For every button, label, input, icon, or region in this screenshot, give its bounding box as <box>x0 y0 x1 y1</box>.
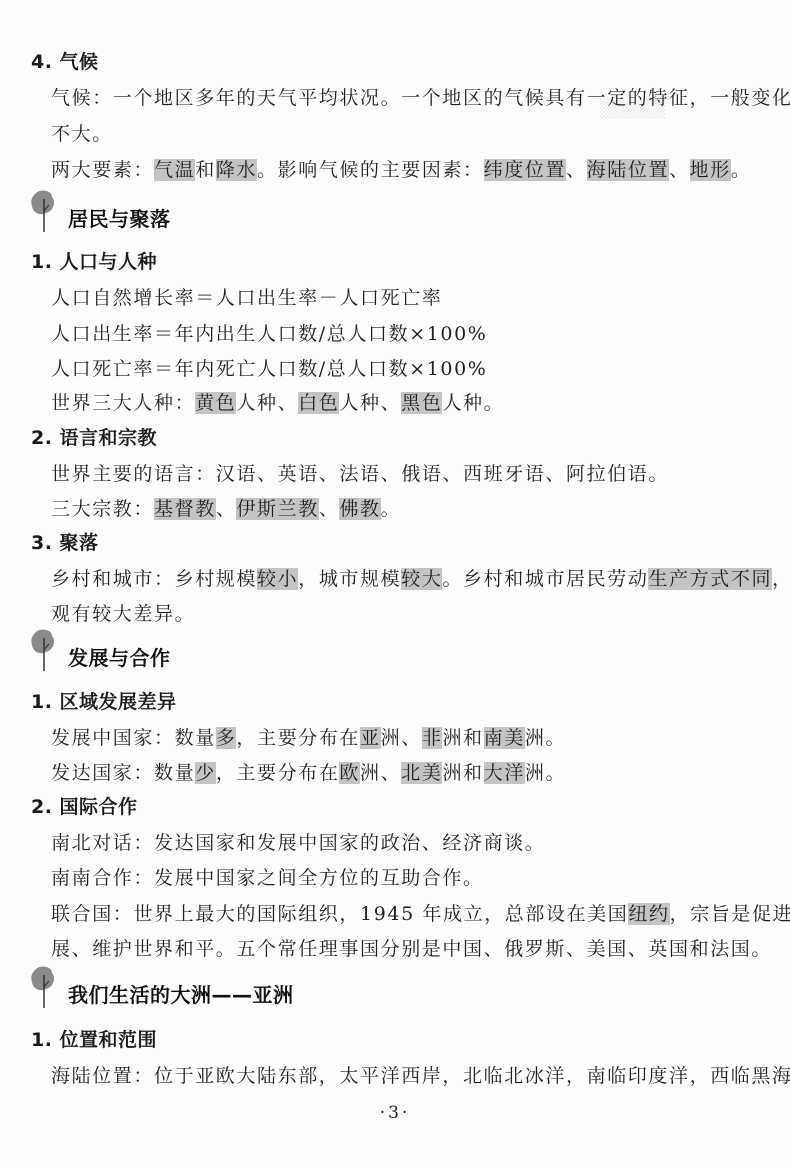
text-segment: 世界主要的语言：汉语、英语、法语、俄语、西班牙语、阿拉伯语。 <box>51 463 669 485</box>
subsection-heading: 1. 位置和范围 <box>31 1025 157 1052</box>
text-segment: 。 <box>381 498 402 520</box>
text-segment: 、 <box>669 159 690 181</box>
paragraph-line: 人口自然增长率＝人口出生率－人口死亡率 <box>51 283 442 310</box>
highlighted-keyword: 伊斯兰教 <box>236 498 318 520</box>
highlighted-keyword: 地形 <box>690 159 731 181</box>
text-segment: ，景 <box>772 568 790 590</box>
paragraph-line: 三大宗教：基督教、伊斯兰教、佛教。 <box>51 494 401 521</box>
text-segment: ，宗旨是促进国家发 <box>670 903 790 925</box>
tree-icon <box>30 628 60 672</box>
text-segment: 海陆位置：位于亚欧大陆东部，太平洋西岸，北临北冰洋，南临印度洋，西临黑海和地 <box>51 1065 790 1087</box>
subsection-heading: 3. 聚落 <box>31 528 99 555</box>
highlighted-keyword: 亚 <box>360 727 381 749</box>
chapter-title: 我们生活的大洲——亚洲 <box>68 979 294 1008</box>
highlighted-keyword: 佛教 <box>339 498 380 520</box>
text-segment: 和 <box>195 159 216 181</box>
text-segment: 人种。 <box>442 392 504 414</box>
text-segment: 洲、 <box>360 762 401 784</box>
subsection-heading-climate: 4. 气候 <box>31 47 99 74</box>
text-segment: 人种、 <box>236 392 298 414</box>
chapter-title: 居民与聚落 <box>68 203 171 232</box>
text-segment: 洲和 <box>442 727 483 749</box>
highlighted-keyword: 北美 <box>401 762 442 784</box>
chapter-header-asia: 我们生活的大洲——亚洲 <box>30 965 294 1009</box>
highlighted-keyword: 纬度位置 <box>484 159 566 181</box>
tree-icon <box>30 189 60 233</box>
paragraph-line: 人口死亡率＝年内死亡人口数/总人口数×100% <box>51 354 487 381</box>
subsection-heading: 1. 人口与人种 <box>31 247 157 274</box>
text-segment: 。影响气候的主要因素： <box>257 159 484 181</box>
paragraph-line: 两大要素：气温和降水。影响气候的主要因素：纬度位置、海陆位置、地形。 <box>51 155 751 182</box>
paragraph-line: 南北对话：发达国家和发展中国家的政治、经济商谈。 <box>51 828 545 855</box>
text-segment: 发达国家：数量 <box>51 762 195 784</box>
paragraph-line: 乡村和城市：乡村规模较小，城市规模较大。乡村和城市居民劳动生产方式不同，景 <box>51 564 790 591</box>
chapter-title: 发展与合作 <box>68 642 171 671</box>
subsection-heading: 2. 国际合作 <box>31 792 138 819</box>
text-segment: 发展中国家：数量 <box>51 727 216 749</box>
text-segment: 。乡村和城市居民劳动 <box>442 568 648 590</box>
highlighted-keyword: 南美 <box>484 727 525 749</box>
highlighted-keyword: 海陆位置 <box>587 159 669 181</box>
text-segment: 南南合作：发展中国家之间全方位的互助合作。 <box>51 867 484 889</box>
text-segment: 洲。 <box>525 727 566 749</box>
subsection-heading: 1. 区域发展差异 <box>31 687 177 714</box>
text-segment: 人种、 <box>339 392 401 414</box>
highlighted-keyword: 黄色 <box>195 392 236 414</box>
paragraph-line: 展、维护世界和平。五个常任理事国分别是中国、俄罗斯、美国、英国和法国。 <box>51 934 772 961</box>
text-segment: 世界三大人种： <box>51 392 195 414</box>
paragraph-line: 世界三大人种：黄色人种、白色人种、黑色人种。 <box>51 388 504 415</box>
highlighted-keyword: 非 <box>422 727 443 749</box>
text-segment: 、 <box>319 498 340 520</box>
paragraph-line: 观有较大差异。 <box>51 599 195 626</box>
paragraph-line: 南南合作：发展中国家之间全方位的互助合作。 <box>51 863 484 890</box>
highlighted-keyword: 基督教 <box>154 498 216 520</box>
text-segment: 展、维护世界和平。五个常任理事国分别是中国、俄罗斯、美国、英国和法国。 <box>51 938 772 960</box>
text-segment: 洲、 <box>381 727 422 749</box>
highlighted-keyword: 白色 <box>298 392 339 414</box>
paragraph-line: 发达国家：数量少，主要分布在欧洲、北美洲和大洋洲。 <box>51 758 566 785</box>
paragraph-line: 发展中国家：数量多，主要分布在亚洲、非洲和南美洲。 <box>51 723 566 750</box>
highlighted-keyword: 较小 <box>257 568 298 590</box>
highlighted-keyword: 多 <box>216 727 237 749</box>
chapter-header-population: 居民与聚落 <box>30 189 171 233</box>
text-segment: 、 <box>566 159 587 181</box>
paragraph-line: 气候：一个地区多年的天气平均状况。一个地区的气候具有一定的特征，一般变化 <box>51 83 790 110</box>
chapter-header-development: 发展与合作 <box>30 628 171 672</box>
text-segment: ，城市规模 <box>298 568 401 590</box>
highlighted-keyword: 气温 <box>154 159 195 181</box>
text-segment: 乡村和城市：乡村规模 <box>51 568 257 590</box>
highlighted-keyword: 纽约 <box>628 903 669 925</box>
text-segment: 洲和 <box>442 762 483 784</box>
text-segment: 南北对话：发达国家和发展中国家的政治、经济商谈。 <box>51 832 545 854</box>
highlighted-keyword: 少 <box>195 762 216 784</box>
paragraph-line: 海陆位置：位于亚欧大陆东部，太平洋西岸，北临北冰洋，南临印度洋，西临黑海和地 <box>51 1061 790 1088</box>
text-segment: 气候：一个地区多年的天气平均状况。一个地区的气候具有一定的特征，一般变化 <box>51 87 790 109</box>
highlighted-keyword: 降水 <box>216 159 257 181</box>
subsection-heading: 2. 语言和宗教 <box>31 423 157 450</box>
text-segment: 不大。 <box>51 123 113 145</box>
highlighted-keyword: 大洋 <box>484 762 525 784</box>
text-segment: 人口出生率＝年内出生人口数/总人口数×100% <box>51 323 487 345</box>
text-segment: 观有较大差异。 <box>51 603 195 625</box>
tree-icon <box>30 965 60 1009</box>
text-segment: 人口自然增长率＝人口出生率－人口死亡率 <box>51 287 442 309</box>
text-segment: 。 <box>731 159 752 181</box>
text-segment: 两大要素： <box>51 159 154 181</box>
text-segment: 联合国：世界上最大的国际组织，1945 年成立，总部设在美国 <box>51 903 628 925</box>
text-segment: 人口死亡率＝年内死亡人口数/总人口数×100% <box>51 358 487 380</box>
text-segment: 、 <box>216 498 237 520</box>
highlighted-keyword: 生产方式不同 <box>648 568 772 590</box>
text-segment: 洲。 <box>525 762 566 784</box>
paragraph-line: 不大。 <box>51 119 113 146</box>
paragraph-line: 世界主要的语言：汉语、英语、法语、俄语、西班牙语、阿拉伯语。 <box>51 459 669 486</box>
text-segment: ，主要分布在 <box>236 727 360 749</box>
paragraph-line: 联合国：世界上最大的国际组织，1945 年成立，总部设在美国纽约，宗旨是促进国家… <box>51 899 790 926</box>
textbook-page: ▒▒▒▒▒ 4. 气候 气候：一个地区多年的天气平均状况。一个地区的气候具有一定… <box>0 0 790 1169</box>
highlighted-keyword: 较大 <box>401 568 442 590</box>
highlighted-keyword: 黑色 <box>401 392 442 414</box>
page-number: ·3· <box>0 1103 790 1123</box>
text-segment: 三大宗教： <box>51 498 154 520</box>
paragraph-line: 人口出生率＝年内出生人口数/总人口数×100% <box>51 319 487 346</box>
highlighted-keyword: 欧 <box>339 762 360 784</box>
text-segment: ，主要分布在 <box>216 762 340 784</box>
